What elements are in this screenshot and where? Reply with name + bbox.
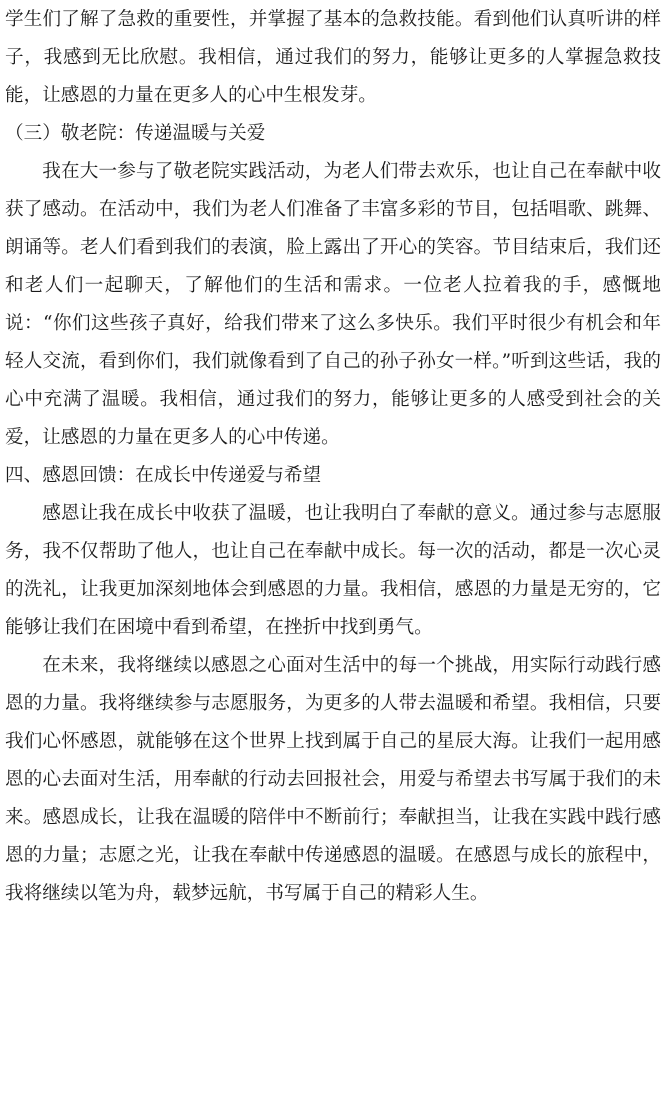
paragraph-continuation: 学生们了解了急救的重要性，并掌握了基本的急救技能。看到他们认真听讲的样子，我感到… <box>5 1 661 115</box>
paragraph-future-closing: 在未来，我将继续以感恩之心面对生活中的每一个挑战，用实际行动践行感恩的力量。我将… <box>5 647 661 913</box>
paragraph-ganen-body: 感恩让我在成长中收获了温暖，也让我明白了奉献的意义。通过参与志愿服务，我不仅帮助… <box>5 495 661 647</box>
document-page: 学生们了解了急救的重要性，并掌握了基本的急救技能。看到他们认真听讲的样子，我感到… <box>0 0 667 1117</box>
paragraph-jinglaoyuan-body: 我在大一参与了敬老院实践活动，为老人们带去欢乐，也让自己在奉献中收获了感动。在活… <box>5 153 661 457</box>
sub-heading-jinglaoyuan: （三）敬老院：传递温暖与关爱 <box>5 115 661 153</box>
document-body: 学生们了解了急救的重要性，并掌握了基本的急救技能。看到他们认真听讲的样子，我感到… <box>5 1 661 913</box>
section-heading-ganen-huikui: 四、感恩回馈：在成长中传递爱与希望 <box>5 457 661 495</box>
